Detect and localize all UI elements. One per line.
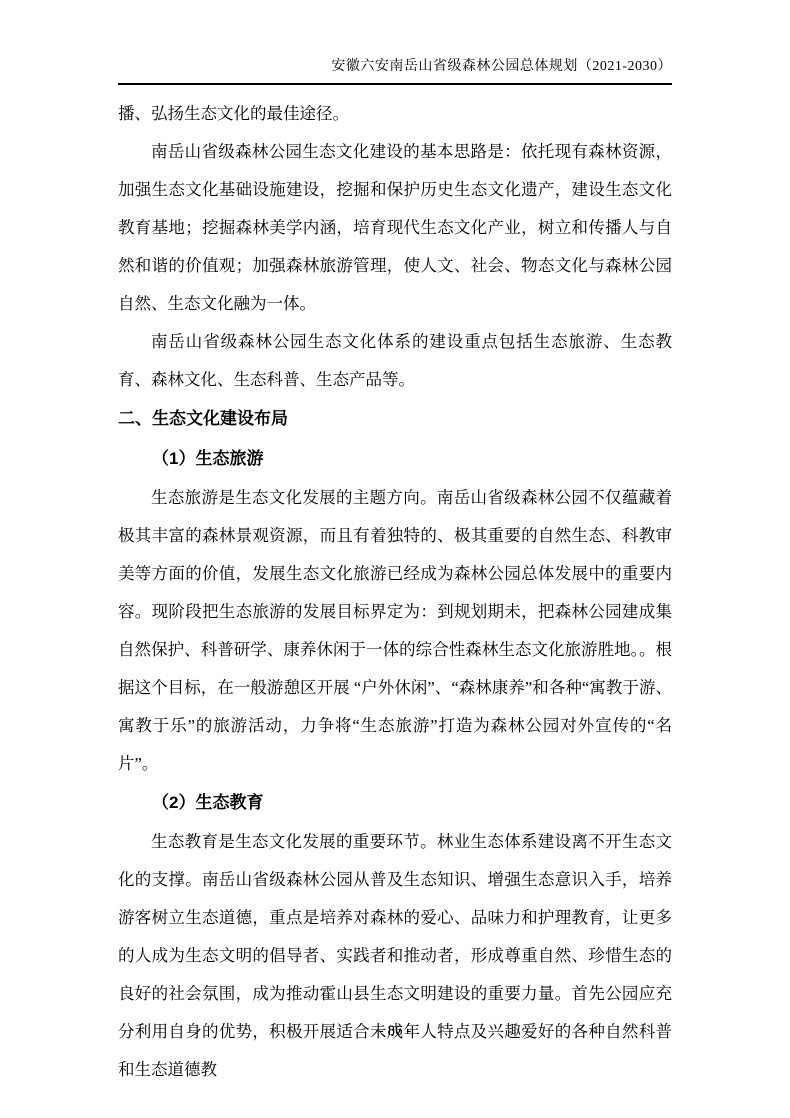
subsection-heading: （1）生态旅游 xyxy=(118,439,672,479)
paragraph: 南岳山省级森林公园生态文化建设的基本思路是：依托现有森林资源，加强生态文化基础设… xyxy=(118,133,672,323)
document-page: 安徽六安南岳山省级森林公园总体规划（2021-2030） 播、弘扬生态文化的最佳… xyxy=(0,0,790,1118)
paragraph: 生态旅游是生态文化发展的主题方向。南岳山省级森林公园不仅蕴藏着极其丰富的森林景观… xyxy=(118,479,672,783)
header-title: 安徽六安南岳山省级森林公园总体规划（2021-2030） xyxy=(331,59,672,74)
subsection-heading: （2）生态教育 xyxy=(118,783,672,823)
paragraph-continuation: 播、弘扬生态文化的最佳途径。 xyxy=(118,95,672,133)
paragraph: 生态教育是生态文化发展的重要环节。林业生态体系建设离不开生态文化的支撑。南岳山省… xyxy=(118,823,672,1089)
page-number: - 86 - xyxy=(379,1023,412,1039)
section-heading: 二、生态文化建设布局 xyxy=(118,399,672,439)
paragraph: 南岳山省级森林公园生态文化体系的建设重点包括生态旅游、生态教育、森林文化、生态科… xyxy=(118,323,672,399)
document-body: 播、弘扬生态文化的最佳途径。 南岳山省级森林公园生态文化建设的基本思路是：依托现… xyxy=(118,95,672,1089)
page-footer: - 86 - xyxy=(0,1020,790,1042)
page-header: 安徽六安南岳山省级森林公园总体规划（2021-2030） xyxy=(118,56,672,85)
